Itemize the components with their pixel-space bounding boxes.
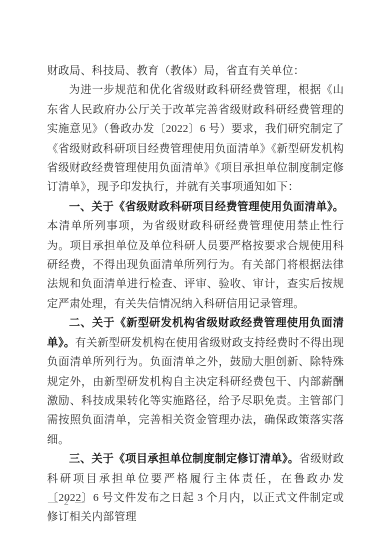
document-page: 财政局、科技局、教育（教体）局，省直有关单位： 为进一步规范和优化省级财政科研经… (0, 0, 389, 534)
section-3-heading: 三、关于《项目承担单位制度制定修订清单》。 (69, 453, 299, 465)
section-1-text: 本清单所列事项，为省级财政科研经费管理使用禁止性行为。项目承担单位及单位科研人员… (47, 220, 344, 310)
paragraph-intro: 为进一步规范和优化省级财政科研经费管理，根据《山东省人民政府办公厅关于改革完善省… (47, 81, 344, 197)
page-number: — 2 — (48, 496, 87, 510)
paragraph-intro-text: 为进一步规范和优化省级财政科研经费管理，根据《山东省人民政府办公厅关于改革完善省… (47, 84, 344, 193)
salutation-line: 财政局、科技局、教育（教体）局，省直有关单位： (47, 62, 344, 81)
section-1-heading: 一、关于《省级财政科研项目经费管理使用负面清单》。 (69, 201, 344, 213)
paragraph-section-3: 三、关于《项目承担单位制度制定修订清单》。省级财政科研项目承担单位要严格履行主体… (47, 450, 344, 528)
paragraph-section-1: 一、关于《省级财政科研项目经费管理使用负面清单》。本清单所列事项，为省级财政科研… (47, 198, 344, 314)
document-body: 财政局、科技局、教育（教体）局，省直有关单位： 为进一步规范和优化省级财政科研经… (47, 62, 344, 528)
paragraph-section-2: 二、关于《新型研发机构省级财政经费管理使用负面清单》。有关新型研发机构在使用省级… (47, 314, 344, 450)
section-2-text: 有关新型研发机构在使用省级财政支持经费时不得出现负面清单所列行为。负面清单之外，… (47, 337, 344, 446)
